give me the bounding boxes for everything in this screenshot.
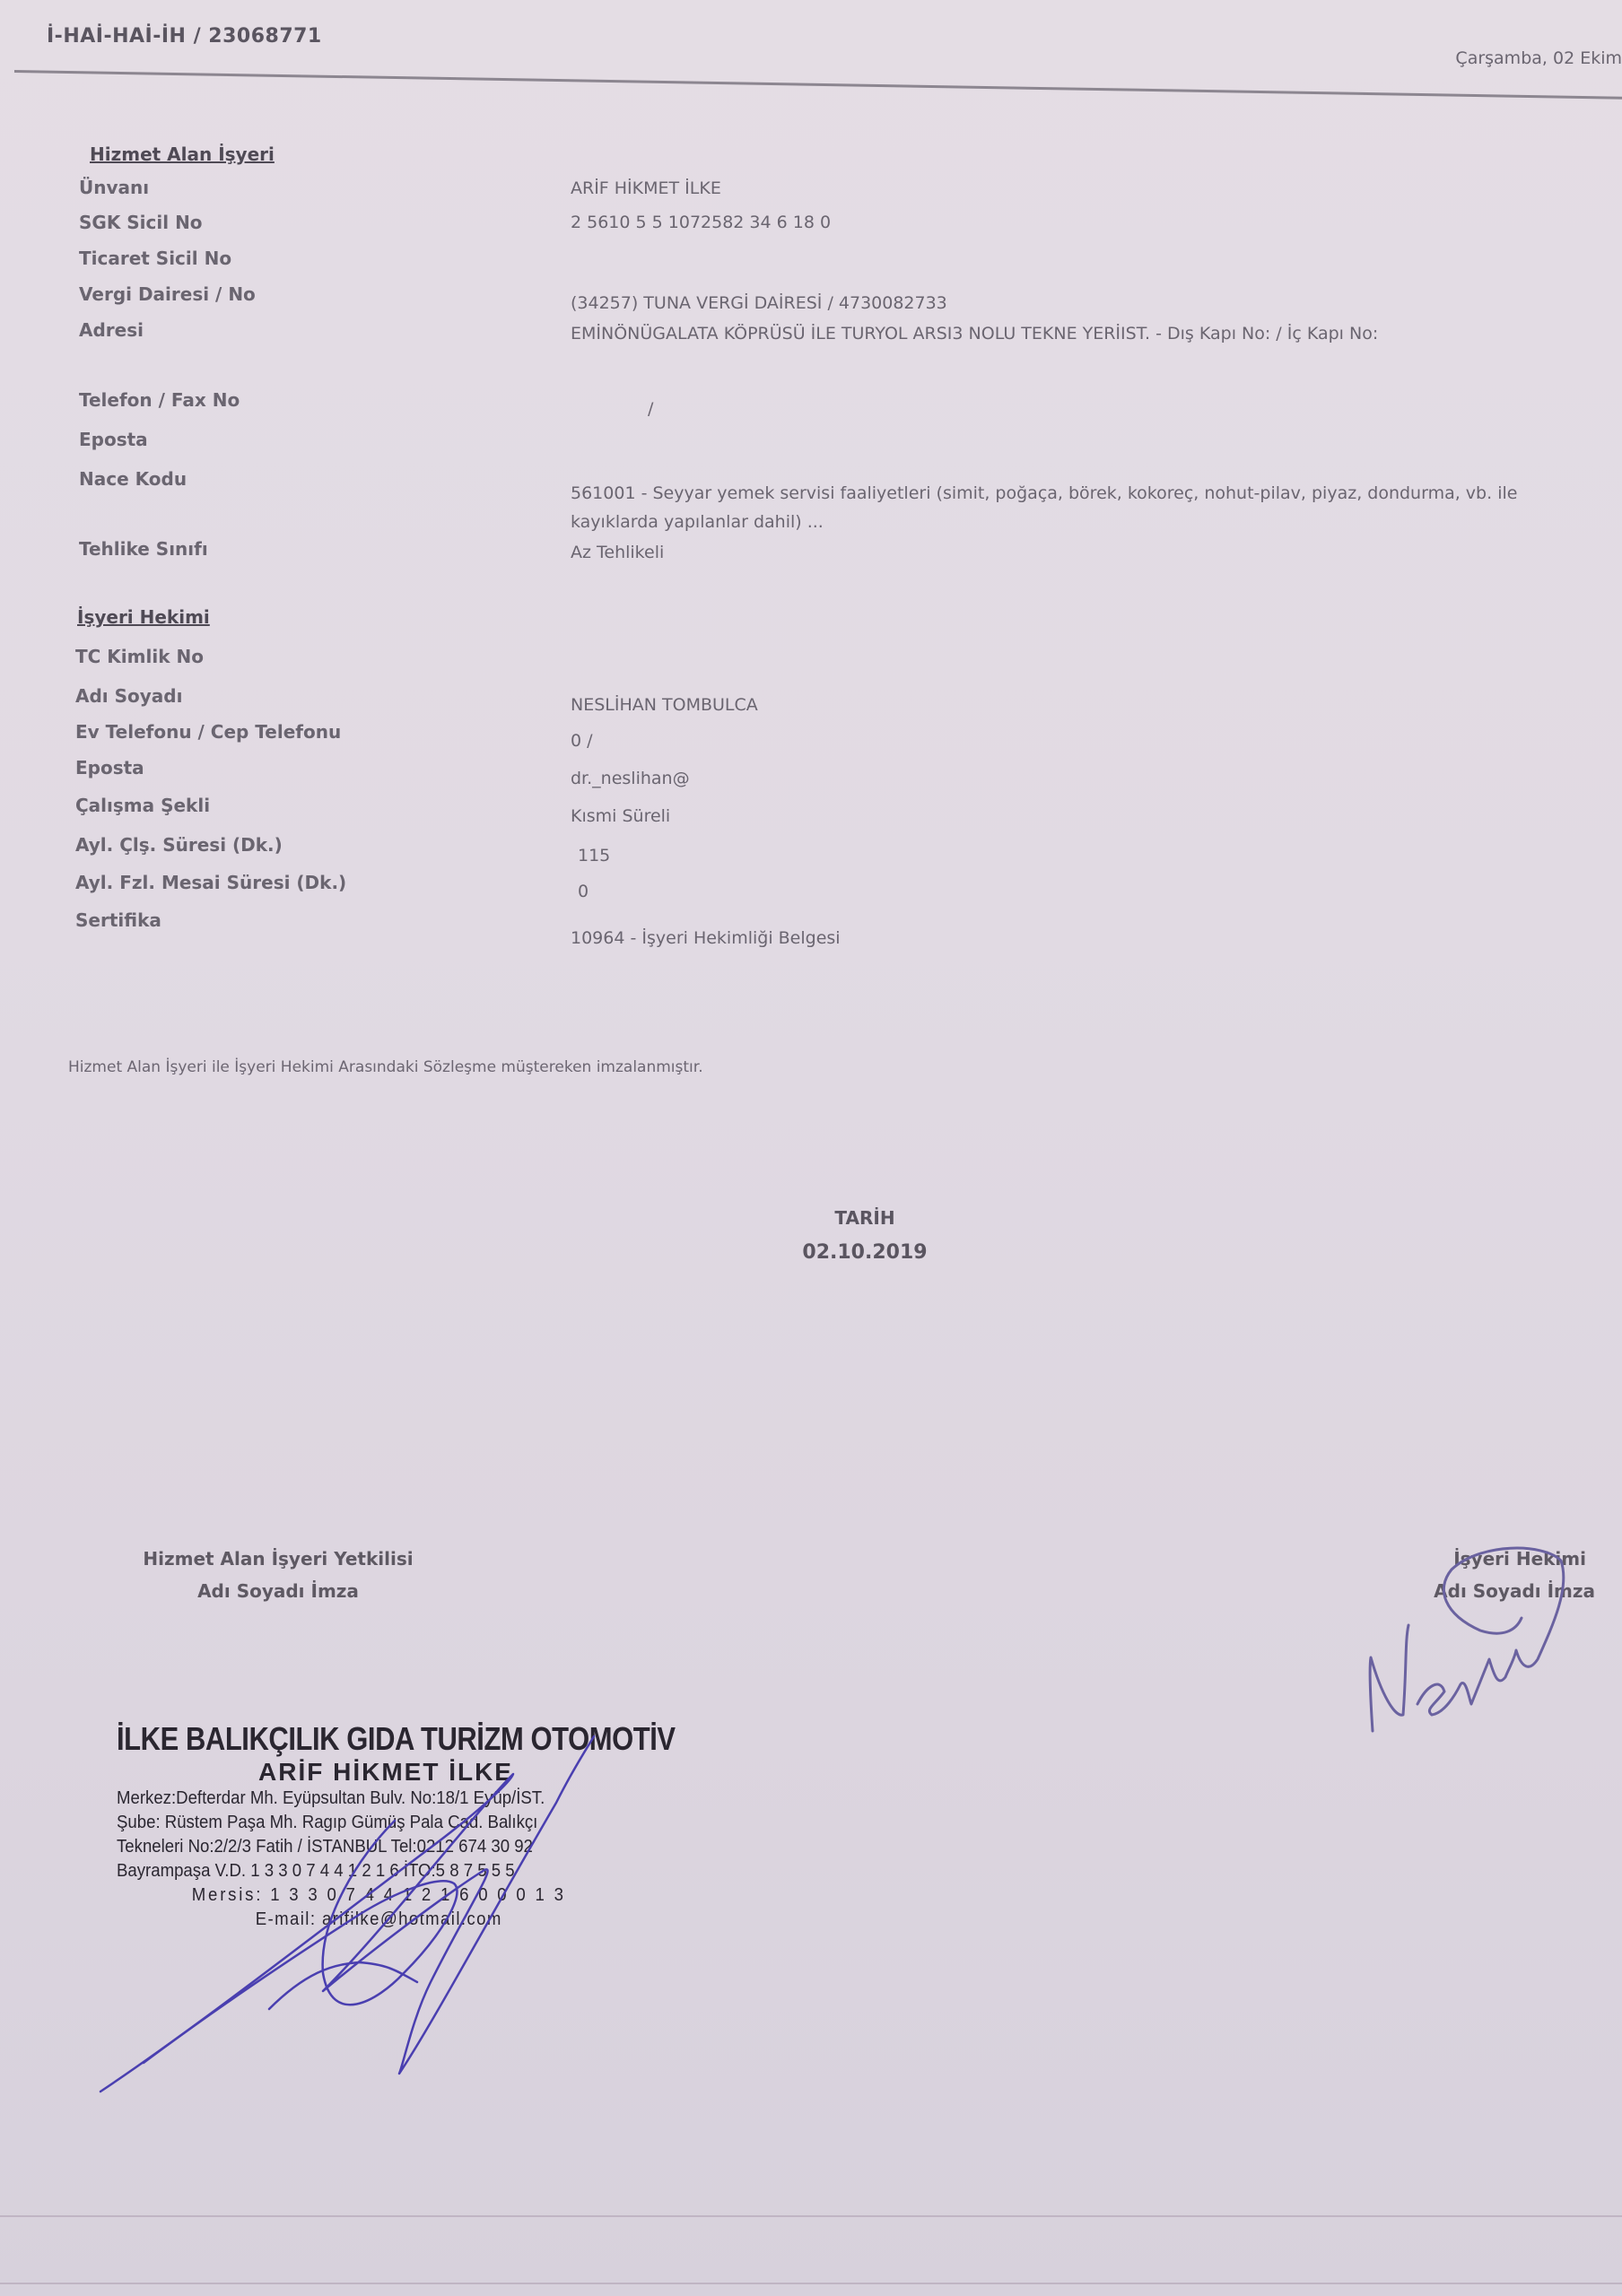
field-value-doctor-email: dr._neslihan@: [571, 764, 1539, 793]
field-value-title: ARİF HİKMET İLKE: [571, 174, 1539, 203]
employer-signature-subtitle: Adı Soyadı İmza: [90, 1575, 467, 1607]
field-value-sgk-no: 2 5610 5 5 1072582 34 6 18 0: [571, 208, 1539, 237]
field-value-address: EMİNÖNÜGALATA KÖPRÜSÜ İLE TURYOL ARSI3 N…: [571, 319, 1530, 348]
field-label-doctor-email: Eposta: [75, 757, 144, 778]
field-value-phones: 0 /: [571, 726, 1539, 755]
field-label-phone-fax: Telefon / Fax No: [79, 389, 240, 411]
field-label-address: Adresi: [79, 319, 144, 341]
field-label-sgk-no: SGK Sicil No: [79, 212, 203, 233]
employer-section-title: Hizmet Alan İşyeri: [90, 143, 275, 165]
field-label-monthly-work-duration: Ayl. Çlş. Süresi (Dk.): [75, 834, 283, 856]
paper-fold-line: [0, 2283, 1622, 2284]
field-label-monthly-overtime: Ayl. Fzl. Mesai Süresi (Dk.): [75, 872, 346, 893]
field-label-tax-office: Vergi Dairesi / No: [79, 283, 256, 305]
employer-signature-block: Hizmet Alan İşyeri Yetkilisi Adı Soyadı …: [90, 1543, 467, 1607]
doctor-handwritten-signature: [1346, 1525, 1622, 1758]
document-id: İ-HAİ-HAİ-İH / 23068771: [47, 25, 322, 48]
header-date: Çarşamba, 02 Ekim: [1455, 48, 1622, 68]
field-label-nace-code: Nace Kodu: [79, 468, 187, 490]
field-value-phone-fax: /: [648, 395, 1617, 423]
field-value-tax-office: (34257) TUNA VERGİ DAİRESİ / 4730082733: [571, 289, 1539, 317]
field-label-certificate: Sertifika: [75, 909, 161, 931]
field-label-hazard-class: Tehlike Sınıfı: [79, 538, 208, 560]
field-label-email: Eposta: [79, 429, 148, 450]
header-divider: [14, 70, 1622, 100]
field-label-phones: Ev Telefonu / Cep Telefonu: [75, 721, 341, 743]
field-value-hazard-class: Az Tehlikeli: [571, 538, 1539, 567]
date-label: TARİH: [54, 1207, 1622, 1229]
field-label-tc-id: TC Kimlik No: [75, 646, 204, 667]
field-value-full-name: NESLİHAN TOMBULCA: [571, 691, 1539, 719]
field-value-monthly-overtime: 0: [578, 877, 1547, 906]
field-label-trade-registry-no: Ticaret Sicil No: [79, 248, 231, 269]
field-value-work-type: Kısmi Süreli: [571, 802, 1539, 831]
field-value-nace-code: 561001 - Seyyar yemek servisi faaliyetle…: [571, 479, 1522, 536]
date-value: 02.10.2019: [54, 1241, 1622, 1264]
employer-signature-title: Hizmet Alan İşyeri Yetkilisi: [90, 1543, 467, 1575]
employer-handwritten-signature: [90, 1704, 718, 2099]
paper-fold-line: [0, 2215, 1622, 2217]
field-label-work-type: Çalışma Şekli: [75, 795, 210, 816]
doctor-section-title: İşyeri Hekimi: [77, 606, 210, 628]
field-value-monthly-work-duration: 115: [578, 841, 1547, 870]
field-label-title: Ünvanı: [79, 177, 149, 198]
agreement-note: Hizmet Alan İşyeri ile İşyeri Hekimi Ara…: [68, 1058, 703, 1076]
field-label-full-name: Adı Soyadı: [75, 685, 182, 707]
field-value-certificate: 10964 - İşyeri Hekimliği Belgesi: [571, 924, 1539, 952]
